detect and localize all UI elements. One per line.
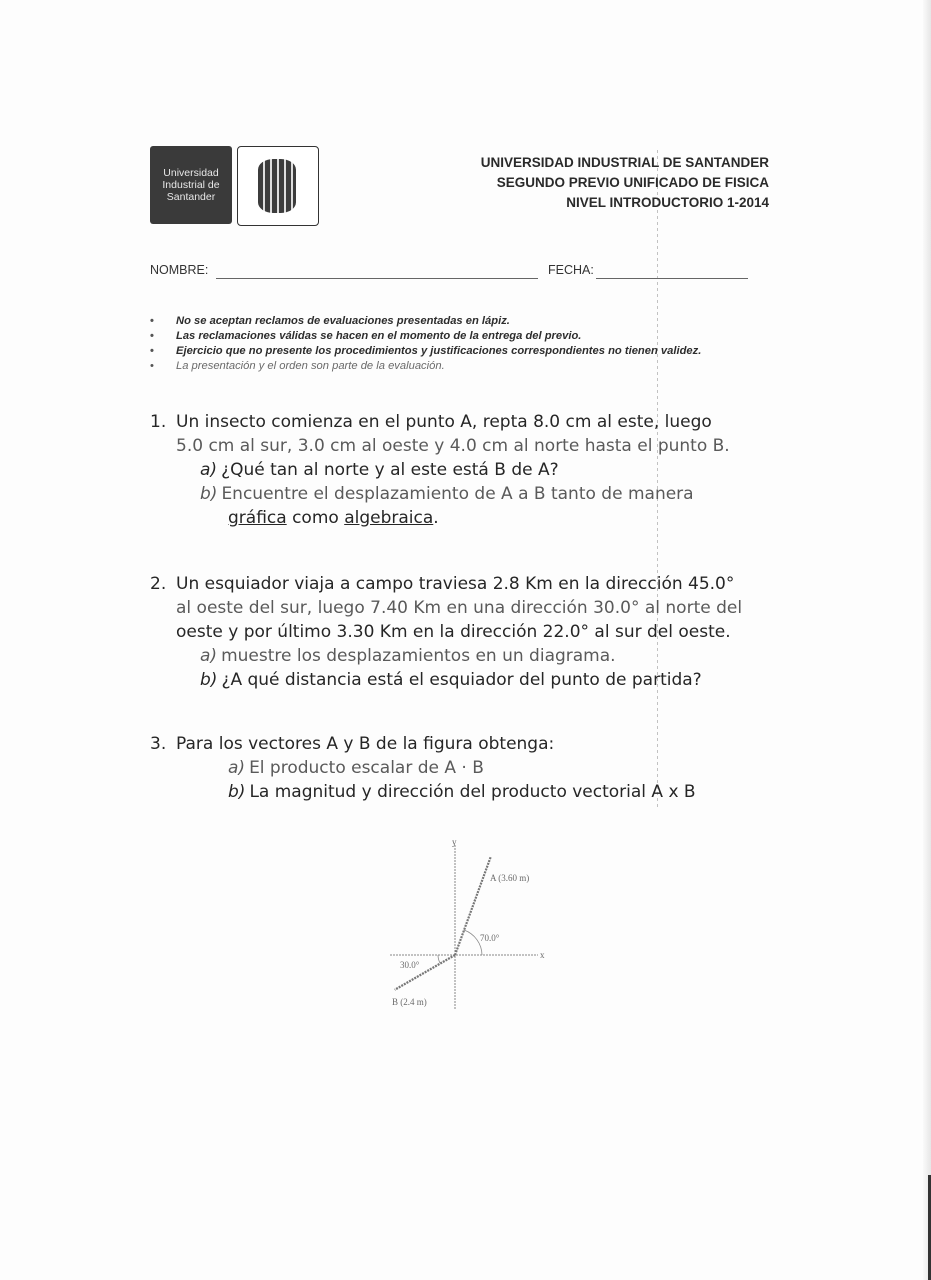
x-axis-label: x [540, 950, 545, 960]
question-1: 1.Un insecto comienza en el punto A, rep… [150, 410, 730, 530]
vector-b-angle-label: 30.0° [400, 960, 420, 970]
name-field[interactable] [216, 278, 538, 279]
underlined-word: algebraica [344, 508, 433, 528]
name-label: NOMBRE: [150, 263, 208, 277]
shield-icon [258, 159, 296, 213]
part-text: La magnitud y dirección del producto vec… [249, 782, 695, 802]
university-logo-text: Universidad Industrial de Santander [150, 146, 232, 224]
question-number: 1. [150, 410, 176, 434]
logo-line: Industrial de [162, 179, 219, 191]
date-field[interactable] [596, 278, 748, 279]
rule-item: Ejercicio que no presente los procedimie… [150, 344, 701, 359]
part-label: b) [200, 484, 217, 504]
exam-level: NIVEL INTRODUCTORIO 1-2014 [481, 193, 769, 213]
part-text: Encuentre el desplazamiento de A a B tan… [221, 484, 693, 504]
vector-figure: x y A (3.60 m) 70.0° 30.0° B (2.4 m) [380, 835, 560, 1015]
part-text: ¿A qué distancia está el esquiador del p… [221, 670, 701, 690]
question-number: 3. [150, 732, 176, 756]
uis-shield-logo-icon [237, 146, 319, 226]
exam-title: SEGUNDO PREVIO UNIFICADO DE FISICA [481, 173, 769, 193]
part-text: ¿Qué tan al norte y al este está B de A? [221, 460, 559, 480]
part-text: como [287, 508, 345, 528]
question-text: al oeste del sur, luego 7.40 Km en una d… [150, 596, 742, 620]
question-text: oeste y por último 3.30 Km en la direcci… [150, 620, 742, 644]
question-2: 2.Un esquiador viaja a campo traviesa 2.… [150, 572, 742, 692]
y-axis-label: y [452, 837, 457, 847]
part-label: b) [228, 782, 245, 802]
logo-line: Santander [167, 191, 215, 203]
rule-item: No se aceptan reclamos de evaluaciones p… [150, 314, 701, 329]
question-3: 3.Para los vectores A y B de la figura o… [150, 732, 696, 804]
rule-item: La presentación y el orden son parte de … [150, 359, 701, 374]
angle-arc-b [438, 955, 440, 963]
vector-a-label: A (3.60 m) [490, 873, 529, 883]
part-text: . [433, 508, 438, 528]
question-number: 2. [150, 572, 176, 596]
vector-diagram: x y A (3.60 m) 70.0° 30.0° B (2.4 m) [380, 835, 560, 1015]
exam-header: UNIVERSIDAD INDUSTRIAL DE SANTANDER SEGU… [481, 153, 769, 213]
part-label: a) [200, 646, 217, 666]
question-text: Un esquiador viaja a campo traviesa 2.8 … [176, 574, 734, 594]
part-label: a) [200, 460, 217, 480]
exam-rules: No se aceptan reclamos de evaluaciones p… [150, 314, 701, 374]
vector-a-angle-label: 70.0° [480, 933, 500, 943]
logo-line: Universidad [163, 167, 218, 179]
underlined-word: gráfica [228, 508, 287, 528]
question-text: Un insecto comienza en el punto A, repta… [176, 412, 712, 432]
part-label: a) [228, 758, 245, 778]
vector-b-label: B (2.4 m) [392, 997, 427, 1007]
question-text: 5.0 cm al sur, 3.0 cm al oeste y 4.0 cm … [150, 434, 730, 458]
part-text: muestre los desplazamientos en un diagra… [221, 646, 616, 666]
scan-page-edge [923, 0, 931, 1280]
part-text: El producto escalar de A · B [249, 758, 484, 778]
rule-item: Las reclamaciones válidas se hacen en el… [150, 329, 701, 344]
question-text: Para los vectores A y B de la figura obt… [176, 734, 554, 754]
part-label: b) [200, 670, 217, 690]
date-label: FECHA: [548, 263, 594, 277]
university-name: UNIVERSIDAD INDUSTRIAL DE SANTANDER [481, 153, 769, 173]
